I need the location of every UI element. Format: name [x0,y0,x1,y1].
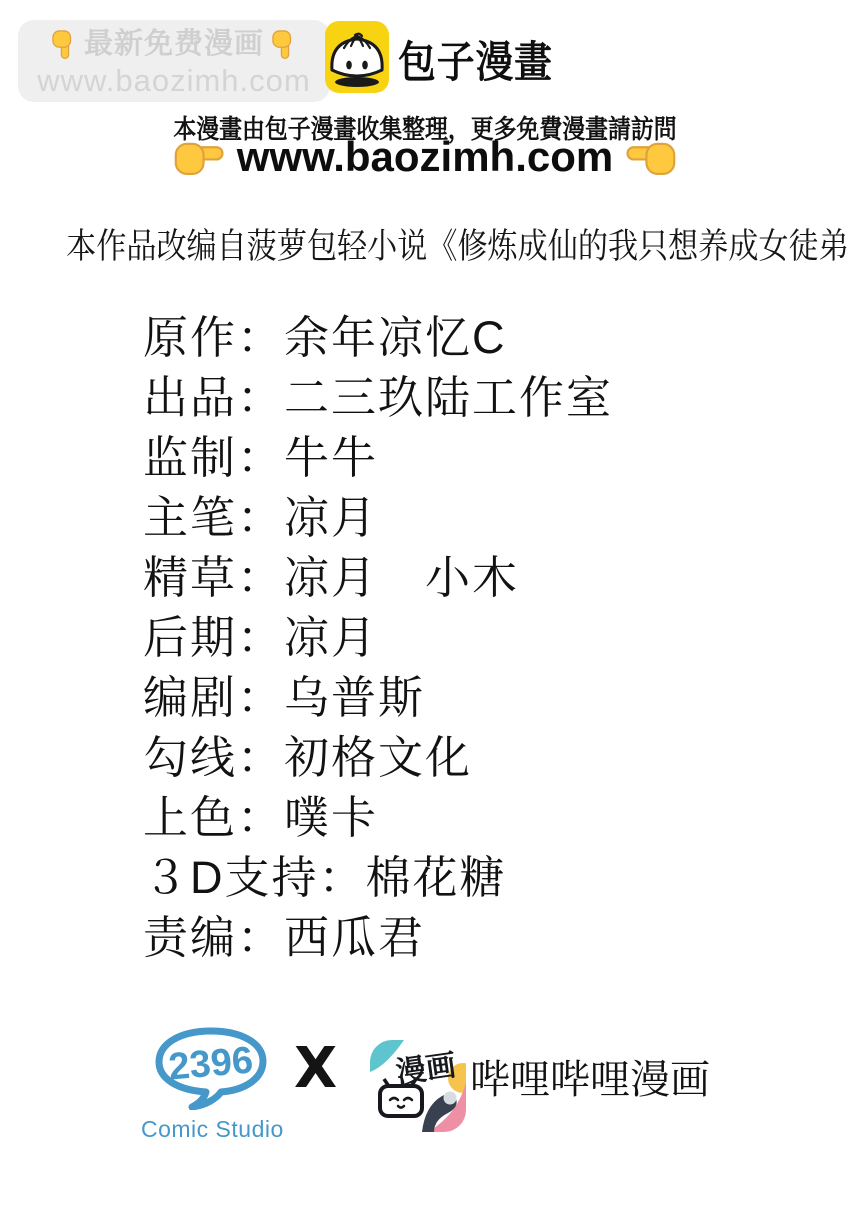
credit-person-value: 初格文化 [284,732,472,783]
credit-line: 后期：凉月 [143,608,613,668]
credit-separator: ： [237,492,284,543]
credit-line: 上色：噗卡 [143,788,613,848]
credit-role-label: 责编 [143,912,237,963]
speech-bubble-2396-icon: 2396 [148,1097,274,1114]
watermark-title: 最新免费漫画 [84,29,264,59]
url-banner: www.baozimh.com [0,133,850,181]
adaptation-note: 本作品改编自菠萝包轻小说《修炼成仙的我只想养成女徒弟》 [66,219,850,269]
credit-line: 编剧：乌普斯 [143,668,613,728]
baozi-bun-icon [325,21,389,98]
site-url: www.baozimh.com [237,133,613,181]
credit-person-value: 乌普斯 [284,672,425,723]
watermark-line1: 最新免费漫画 [18,20,330,64]
credit-person-value: 凉月 小木 [284,552,519,603]
credits-list: 原作：余年凉忆C 出品：二三玖陆工作室 监制：牛牛 主笔：凉月 精草：凉月 小木… [143,308,613,968]
bilibili-manga-app-icon: 漫画 [370,1040,466,1137]
partner-name: 哔哩哔哩漫画 [470,1048,710,1105]
studio-number-text: 2396 [167,1039,255,1088]
studio-2396-logo: 2396 Comic Studio [141,1026,281,1143]
finger-pointing-left-icon [626,135,678,180]
credit-role-label: 勾线 [143,732,237,783]
credit-person-value: 西瓜君 [284,912,425,963]
credit-role-label: 原作 [143,312,237,363]
credit-role-label: 精草 [143,552,237,603]
watermark-url: www.baozimh.com [18,64,330,98]
credit-separator: ： [237,432,284,483]
credit-separator: ： [237,612,284,663]
site-name: 包子漫畫 [398,29,553,90]
credit-separator: ： [237,792,284,843]
credit-role-label: 编剧 [143,672,237,723]
credit-separator: ： [237,912,284,963]
credit-line: 精草：凉月 小木 [143,548,613,608]
credit-separator: ： [237,672,284,723]
credit-line: 主笔：凉月 [143,488,613,548]
credit-person-value: 二三玖陆工作室 [284,372,613,423]
credit-separator: ： [237,732,284,783]
credit-line: 责编：西瓜君 [143,908,613,968]
credit-separator: ： [237,372,284,423]
collab-x-mark: X [294,1036,337,1101]
credit-role-label: ３D支持 [143,852,319,903]
credit-separator: ： [319,852,366,903]
finger-pointing-down-icon [49,29,79,64]
finger-pointing-right-icon [172,135,224,180]
credit-person-value: 凉月 [284,492,378,543]
studio-caption: Comic Studio [141,1116,281,1143]
credit-role-label: 监制 [143,432,237,483]
page-root: 最新免费漫画 www.baozimh.com [0,0,850,1221]
credit-person-value: 余年凉忆C [284,312,507,363]
credit-separator: ： [237,552,284,603]
credit-line: 勾线：初格文化 [143,728,613,788]
credit-line: ３D支持：棉花糖 [143,848,613,908]
watermark-box: 最新免费漫画 www.baozimh.com [18,20,330,102]
finger-pointing-down-icon [269,29,299,64]
credit-person-value: 噗卡 [284,792,378,843]
credit-person-value: 凉月 [284,612,378,663]
credit-line: 出品：二三玖陆工作室 [143,368,613,428]
credit-line: 监制：牛牛 [143,428,613,488]
credit-person-value: 牛牛 [284,432,378,483]
credit-line: 原作：余年凉忆C [143,308,613,368]
credit-role-label: 后期 [143,612,237,663]
credit-separator: ： [237,312,284,363]
credit-role-label: 主笔 [143,492,237,543]
credit-role-label: 上色 [143,792,237,843]
credit-role-label: 出品 [143,372,237,423]
credit-person-value: 棉花糖 [366,852,507,903]
brand-header: 包子漫畫 [325,21,574,98]
